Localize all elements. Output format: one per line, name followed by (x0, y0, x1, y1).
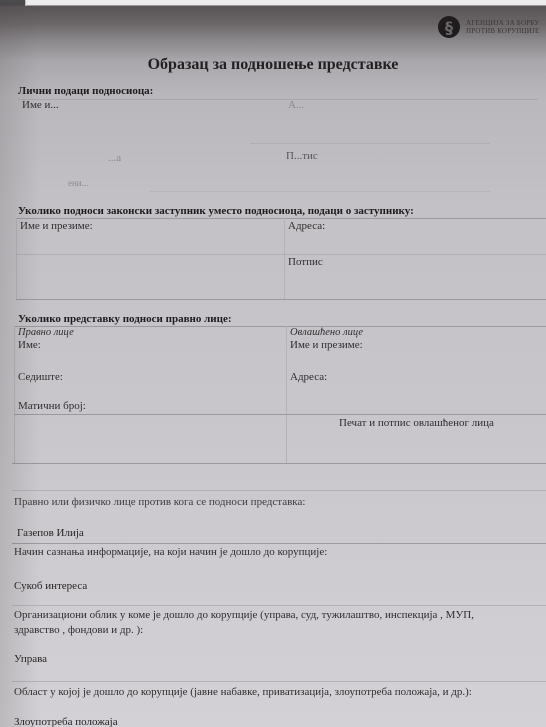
agency-name-line1: АГЕНЦИЈА ЗА БОРБУ (466, 19, 539, 27)
table-border (284, 218, 285, 299)
field-value-organization: Управа (14, 653, 47, 665)
table-border (16, 218, 546, 219)
agency-name-line2: ПРОТИВ КОРУПЦИЈЕ (466, 27, 539, 35)
field-value-area: Злоупотреба положаја (14, 716, 118, 727)
personal-faint-text: ...а (108, 152, 121, 164)
representative-signature-label: Потпис (288, 256, 323, 268)
authorized-person-name-label: Име и презиме: (290, 339, 363, 351)
legal-entity-caption: Правно лице (18, 327, 74, 338)
section-personal-heading: Лични подаци подносиоца: (18, 85, 153, 97)
field-value-source: Сукоб интереса (14, 580, 87, 592)
divider (12, 681, 546, 682)
table-border (16, 218, 17, 299)
authorized-person-caption: Овлашћено лице (290, 327, 363, 338)
section-legal-entity-heading: Уколико представку подноси правно лице: (18, 313, 232, 325)
table-border (16, 299, 546, 300)
section-representative-heading: Уколико подноси законски заступник умест… (18, 205, 414, 217)
representative-name-label: Име и презиме: (20, 220, 93, 232)
field-label-accused: Правно или физичко лице против кога се п… (14, 496, 305, 508)
agency-logo-icon: § (438, 16, 460, 38)
legal-entity-reg-number-label: Матични број: (18, 400, 86, 412)
personal-signature-label: П...тис (286, 150, 318, 162)
agency-logo: § АГЕНЦИЈА ЗА БОРБУ ПРОТИВ КОРУПЦИЈЕ (438, 16, 539, 38)
table-border (286, 326, 287, 463)
divider (150, 191, 490, 192)
field-label-organization: Организациони облик у коме је дошло до к… (14, 609, 474, 621)
personal-name-label: Име и... (22, 99, 59, 111)
legal-entity-name-label: Име: (18, 339, 41, 351)
document-title: Образац за подношење представке (0, 56, 546, 74)
representative-address-label: Адреса: (288, 220, 325, 232)
field-label-area: Област у којој је дошло до корупције (ја… (14, 686, 472, 698)
field-label-organization-cont: здравство , фондови и др. ): (14, 624, 143, 636)
field-value-accused: Газепов Илија (17, 527, 84, 539)
divider (12, 543, 546, 544)
field-label-source: Начин сазнања информације, на који начин… (14, 546, 327, 558)
personal-faint-text: ени... (68, 178, 88, 188)
personal-address-label: А... (288, 99, 304, 111)
divider (18, 99, 538, 100)
legal-entity-seat-label: Седиште: (18, 371, 63, 383)
table-border (14, 326, 15, 463)
table-border (12, 463, 546, 464)
table-border (16, 254, 546, 255)
table-border (14, 414, 546, 415)
table-border (14, 326, 546, 327)
divider (12, 605, 546, 606)
divider (12, 490, 546, 491)
stamp-signature-label: Печат и потпис овлашћеног лица (339, 417, 494, 429)
document-photo: § АГЕНЦИЈА ЗА БОРБУ ПРОТИВ КОРУПЦИЈЕ Обр… (0, 6, 546, 727)
agency-name: АГЕНЦИЈА ЗА БОРБУ ПРОТИВ КОРУПЦИЈЕ (466, 19, 539, 35)
authorized-person-address-label: Адреса: (290, 371, 327, 383)
divider (250, 143, 490, 144)
